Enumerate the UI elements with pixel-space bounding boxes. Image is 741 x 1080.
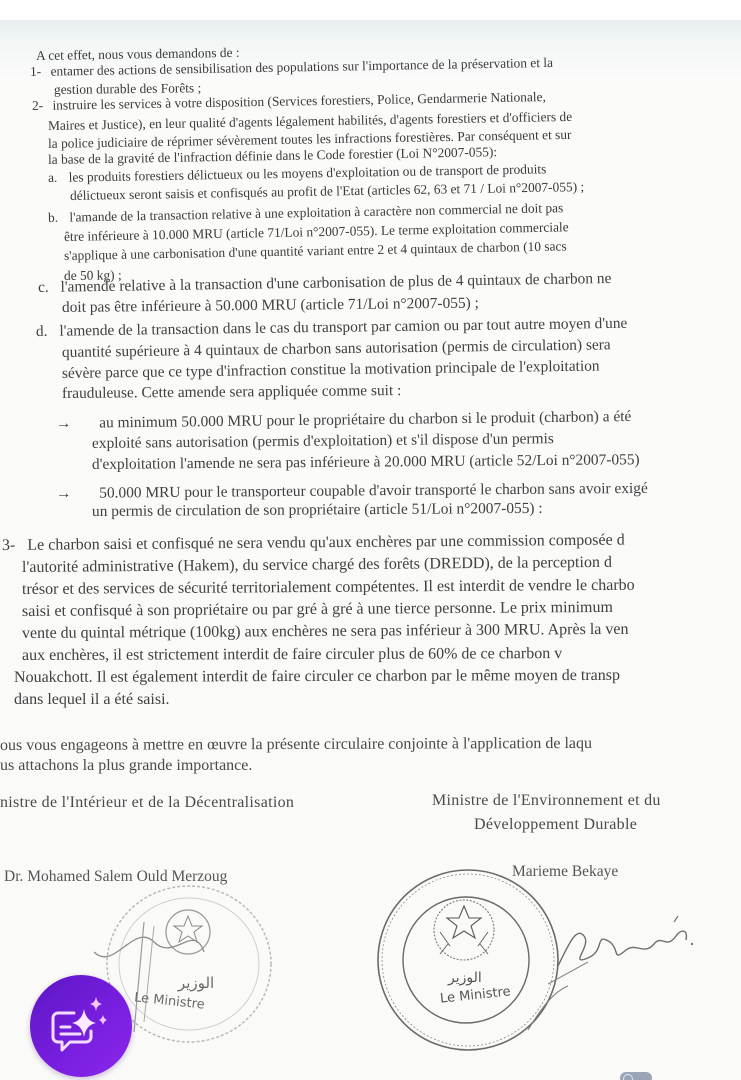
right-official-stamp: الوزير Le Ministre <box>368 860 568 1064</box>
item-3-line-5: vente du quintal métrique (100kg) aux en… <box>22 622 629 642</box>
subitem-d-line-1: l'amende de la transaction dans le cas d… <box>59 315 627 340</box>
right-signatory-title-line-1: Ministre de l'Environnement et du <box>432 792 661 810</box>
arrow-item-1-line-3: d'exploitation l'amende ne sera pas infé… <box>92 452 640 473</box>
toggle-knob <box>623 1074 633 1080</box>
item-3-line-1: Le charbon saisi et confisqué ne sera ve… <box>27 532 624 554</box>
item-3-line-8: dans lequel il a été saisi. <box>14 692 170 708</box>
subitem-marker: a. <box>48 170 58 186</box>
top-white-strip <box>0 0 741 20</box>
subitem-marker: b. <box>48 210 58 226</box>
arrow-right-icon: → <box>56 486 72 502</box>
left-stamp-arabic: الوزير <box>178 974 214 992</box>
subitem-marker: d. <box>36 324 48 340</box>
item-3-line-4: saisi et confisqué à son propriétaire ou… <box>22 600 613 620</box>
item-3-line-3: trésor et des services de sécurité terri… <box>22 578 635 598</box>
arrow-item-2: → 50.000 MRU pour le transporteur coupab… <box>56 481 648 502</box>
arrow-right-icon: → <box>56 416 72 432</box>
right-signatory-title-line-2: Développement Durable <box>474 816 637 834</box>
subitem-d-line-4: frauduleuse. Cette amende sera appliquée… <box>62 383 401 402</box>
subitem-c: c. l'amende relative à la transaction d'… <box>38 271 612 296</box>
arrow-item-2-line-2: un permis de circulation de son propriét… <box>92 501 543 520</box>
item-marker: 2- <box>32 98 43 114</box>
subitem-d-line-3: sévère parce que ce type d'infraction co… <box>62 358 600 382</box>
arrow-item-1-line-2: exploité sans autorisation (permis d'exp… <box>92 431 554 452</box>
item-3-line-2: l'autorité administrative (Hakem), du se… <box>22 555 612 576</box>
chat-sparkle-icon <box>48 995 114 1057</box>
bottom-toggle-control[interactable] <box>620 1072 652 1080</box>
left-signatory-title: nistre de l'Intérieur et de la Décentral… <box>0 794 294 812</box>
subitem-c-line-1: l'amende relative à la transaction d'une… <box>60 270 611 296</box>
scanned-document-page: A cet effet, nous vous demandons de : 1-… <box>0 20 741 1080</box>
item-3-line-7: Nouakchott. Il est également interdit de… <box>14 668 620 686</box>
stamp-seal-icon <box>368 860 568 1060</box>
closing-line-2: us attachons la plus grande importance. <box>0 758 252 774</box>
item-3: 3- Le charbon saisi et confisqué ne sera… <box>2 533 625 554</box>
arrow-item-1: → au minimum 50.000 MRU pour le propriét… <box>56 409 632 432</box>
arrow-item-2-line-1: 50.000 MRU pour le transporteur coupable… <box>99 480 648 502</box>
subitem-marker: c. <box>38 280 49 296</box>
ai-chat-assistant-button[interactable] <box>30 975 132 1077</box>
closing-line-1: ous vous engageons à mettre en œuvre la … <box>0 736 592 754</box>
item-marker: 1- <box>30 64 41 80</box>
handwritten-signature-right <box>548 906 698 986</box>
subitem-d-line-2: quantité supérieure à 4 quintaux de char… <box>62 337 611 361</box>
arrow-item-1-line-1: au minimum 50.000 MRU pour le propriétai… <box>99 408 631 431</box>
item-marker: 3- <box>2 538 15 554</box>
item-3-line-6: aux enchères, il est strictement interdi… <box>22 646 562 664</box>
subitem-c-line-2: doit pas être inférieure à 50.000 MRU (a… <box>62 296 479 316</box>
right-stamp-arabic: الوزير <box>448 970 482 986</box>
